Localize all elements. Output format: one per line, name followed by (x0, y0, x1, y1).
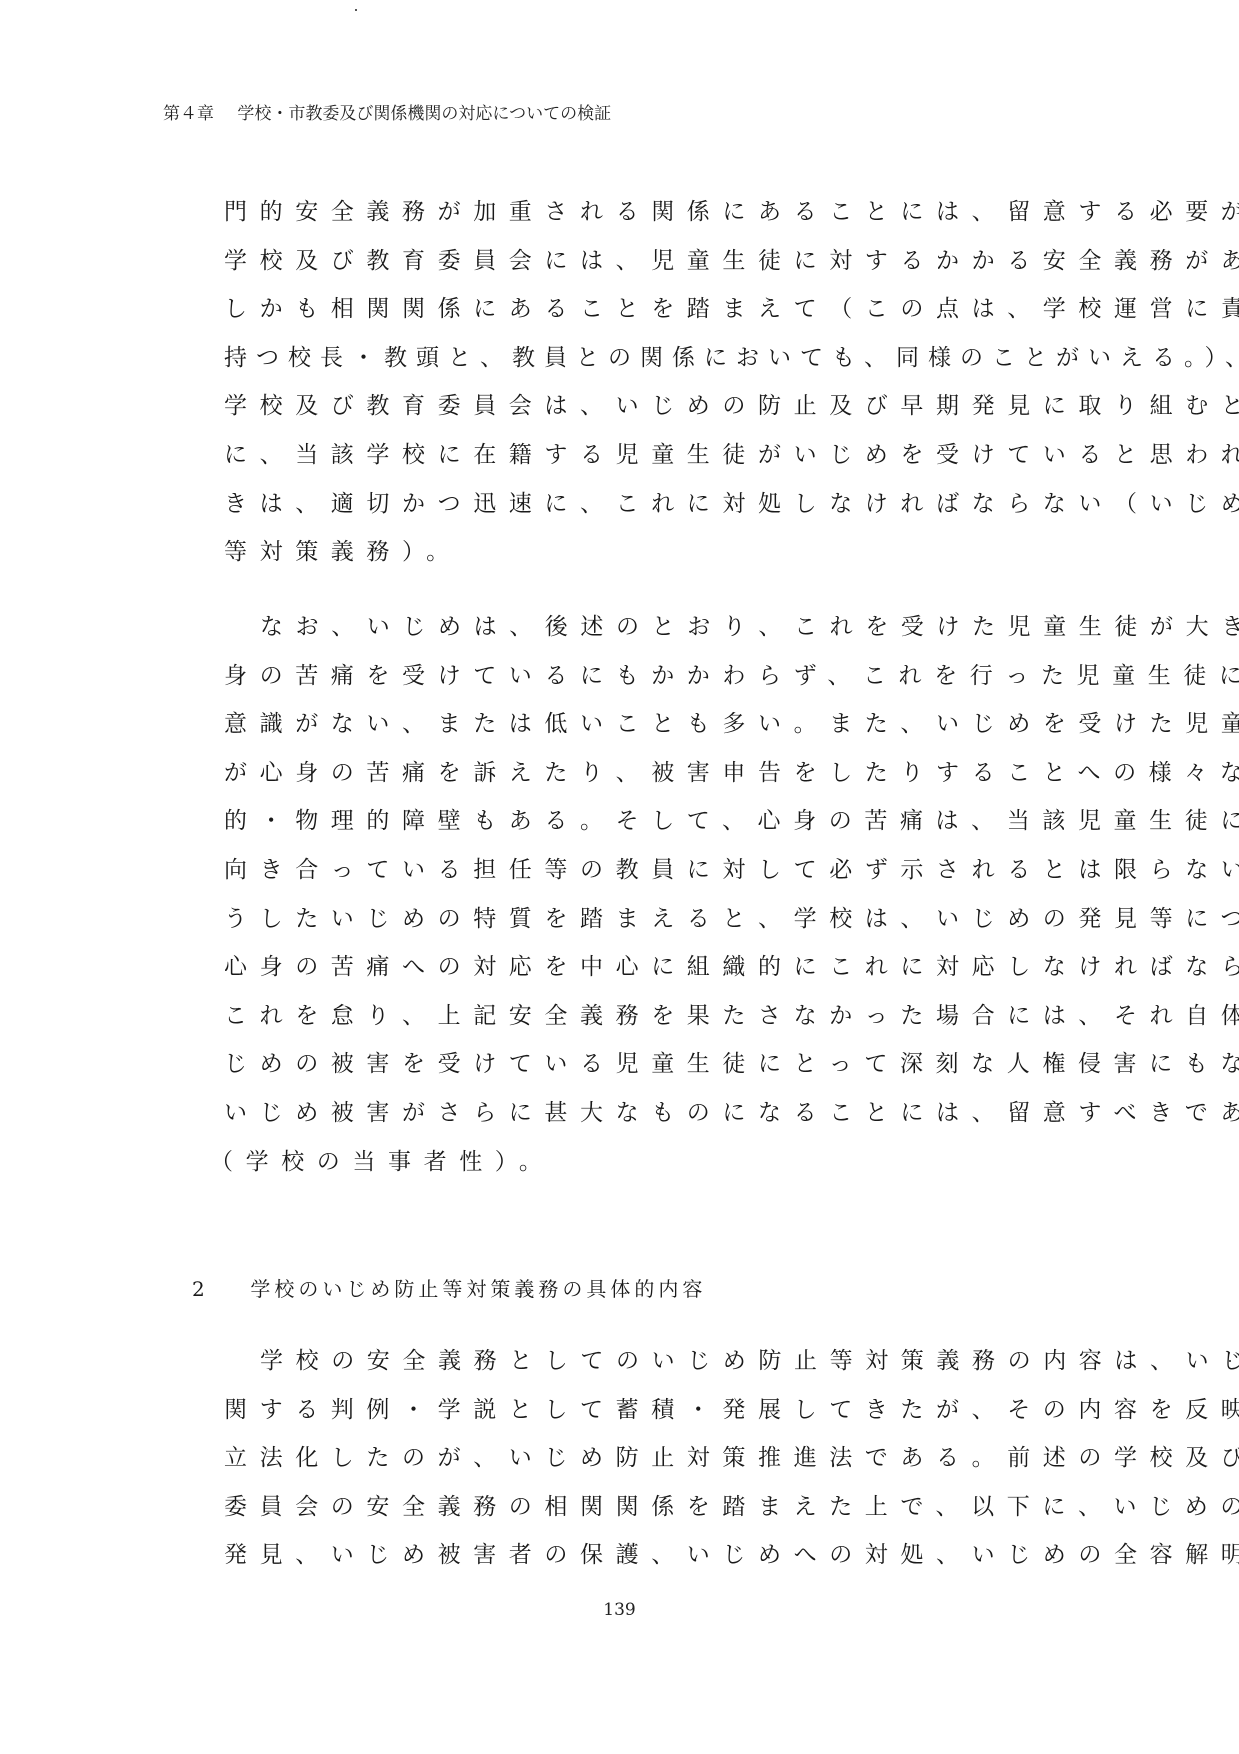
text-line: 学校の安全義務としてのいじめ防止等対策義務の内容は、いじめに (224, 1337, 1064, 1386)
page-number: 139 (0, 1600, 1239, 1620)
chapter-number: 第４章 (163, 104, 214, 124)
text-line: うしたいじめの特質を踏まえると、学校は、いじめの発見等について (224, 895, 1064, 944)
chapter-title: 学校・市教委及び関係機関の対応についての検証 (237, 104, 611, 124)
text-line: じめの被害を受けている児童生徒にとって深刻な人権侵害にもなり、 (224, 1040, 1064, 1089)
text-line: 的・物理的障壁もある。そして、心身の苦痛は、当該児童生徒に日頃 (224, 797, 1064, 846)
text-line: が心身の苦痛を訴えたり、被害申告をしたりすることへの様々な心理 (224, 749, 1064, 798)
text-line: 発見、いじめ被害者の保護、いじめへの対処、いじめの全容解明、い (224, 1531, 1064, 1580)
text-line: 学校及び教育委員会には、児童生徒に対するかかる安全義務があり、 (224, 237, 1064, 286)
text-line: （学校の当事者性）。 (210, 1138, 1064, 1187)
text-line: きは、適切かつ迅速に、これに対処しなければならない（いじめ防止 (224, 480, 1064, 529)
section-heading: 2 学校のいじめ防止等対策義務の具体的内容 (192, 1273, 706, 1302)
text-line: しかも相関関係にあることを踏まえて（この点は、学校運営に責任を (224, 285, 1064, 334)
text-line: 身の苦痛を受けているにもかかわらず、これを行った児童生徒に加害 (224, 652, 1064, 701)
section-title: 学校のいじめ防止等対策義務の具体的内容 (250, 1277, 706, 1301)
text-line: 委員会の安全義務の相関関係を踏まえた上で、以下に、いじめの早期 (224, 1483, 1064, 1532)
text-line: なお、いじめは、後述のとおり、これを受けた児童生徒が大きな心 (224, 603, 1064, 652)
paragraph-2: なお、いじめは、後述のとおり、これを受けた児童生徒が大きな心 身の苦痛を受けてい… (224, 603, 1064, 1186)
text-line: に、当該学校に在籍する児童生徒がいじめを受けていると思われると (224, 431, 1064, 480)
text-line: 関する判例・学説として蓄積・発展してきたが、その内容を反映し、 (224, 1386, 1064, 1435)
section-paragraph: 学校の安全義務としてのいじめ防止等対策義務の内容は、いじめに 関する判例・学説と… (224, 1337, 1064, 1580)
running-header: 第４章 学校・市教委及び関係機関の対応についての検証 (163, 99, 611, 124)
text-line: 意識がない、または低いことも多い。また、いじめを受けた児童生徒 (224, 700, 1064, 749)
paragraph-1: 門的安全義務が加重される関係にあることには、留意する必要がある。 学校及び教育委… (224, 188, 1064, 577)
text-line: 向き合っている担任等の教員に対して必ず示されるとは限らない。こ (224, 846, 1064, 895)
text-line: これを怠り、上記安全義務を果たさなかった場合には、それ自体がい (224, 992, 1064, 1041)
text-line: 等対策義務）。 (224, 528, 1064, 577)
text-line: いじめ被害がさらに甚大なものになることには、留意すべきである (224, 1089, 1064, 1138)
text-line: 心身の苦痛への対応を中心に組織的にこれに対応しなければならず、 (224, 943, 1064, 992)
text-line: 持つ校長・教頭と、教員との関係においても、同様のことがいえる。）、 (224, 334, 1064, 383)
section-number: 2 (192, 1277, 244, 1301)
text-line: 学校及び教育委員会は、いじめの防止及び早期発見に取り組むととも (224, 382, 1064, 431)
scan-speck (355, 9, 357, 11)
text-line: 立法化したのが、いじめ防止対策推進法である。前述の学校及び教育 (224, 1434, 1064, 1483)
text-line: 門的安全義務が加重される関係にあることには、留意する必要がある。 (224, 188, 1064, 237)
